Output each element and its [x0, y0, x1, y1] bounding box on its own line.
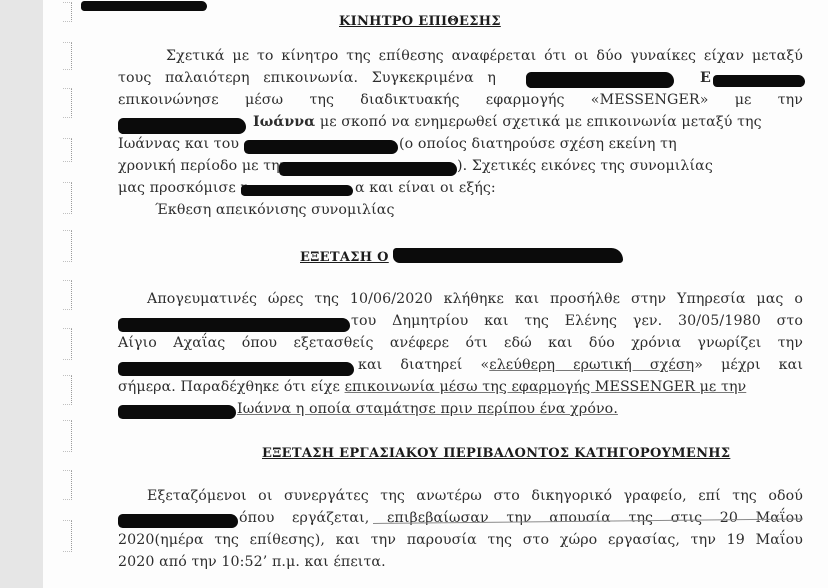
paragraph-line: Ιωάννας και του [118, 136, 239, 152]
paragraph-line: Απογευματινές ώρες της 10/06/2020 κλήθηκ… [147, 291, 803, 307]
redaction-bar [393, 248, 623, 263]
paragraph-line: α και είναι οι εξής: [355, 180, 496, 196]
paragraph-line: Σχετικά με το κίνητρο της επίθεσης αναφέ… [166, 48, 803, 64]
binder-mark [63, 88, 72, 118]
binder-mark [63, 328, 72, 360]
section-heading-motive: ΚΙΝΗΤΡΟ ΕΠΙΘΕΣΗΣ [339, 14, 501, 29]
text-span: και διατηρεί « [358, 357, 489, 373]
binder-mark [63, 182, 72, 214]
paragraph-line: Ιωάννα η οποία σταμάτησε πριν περίπου έν… [237, 401, 618, 417]
binder-mark [63, 280, 72, 310]
redaction-bar [241, 185, 353, 196]
binder-mark [63, 138, 72, 162]
redaction-bar [118, 318, 350, 332]
redaction-bar [81, 1, 207, 11]
underlined-quote: ελεύθερη ερωτική σχέση [489, 357, 694, 373]
binder-mark [63, 520, 72, 552]
binder-mark [63, 2, 72, 22]
paragraph-line: ). Σχετικές εικόνες της συνομιλίας [457, 158, 713, 174]
binder-mark [63, 375, 72, 405]
redaction-bar [118, 514, 238, 528]
paragraph-line: 2020 από την 10:52’ π.μ. και έπειτα. [118, 554, 386, 570]
paragraph-line: και διατηρεί «ελεύθερη ερωτική σχέση» μέ… [358, 357, 803, 373]
name-bold: Ιωάννα [253, 114, 315, 130]
binder-mark [63, 230, 72, 262]
binder-hole-marks [63, 0, 75, 588]
paragraph-line: μας προσκόμισε η [118, 180, 249, 196]
binder-mark [63, 42, 72, 70]
text-span: σήμερα. Παραδέχθηκε ότι είχε [118, 379, 345, 395]
paragraph-line: Εξεταζόμενοι οι συνεργάτες της ανωτέρω σ… [147, 488, 803, 504]
paragraph-line: Έκθεση απεικόνισης συνομιλίας [155, 202, 395, 218]
paragraph-line: 2020(ημέρα της επίθεσης), και την παρουσ… [118, 532, 803, 548]
paragraph-line: του Δημητρίου και της Ελένης γεν. 30/05/… [351, 313, 803, 329]
paragraph-line: (ο οποίος διατηρούσε σχέση εκείνη τη [399, 136, 677, 152]
paragraph-line: όπου εργάζεται, επιβεβαίωσαν την απουσία… [239, 510, 803, 526]
paragraph-line: Ιωάννα με σκοπό να ενημερωθεί σχετικά με… [253, 114, 762, 130]
section-heading-witness-exam: ΕΞΕΤΑΣΗ Ο [300, 250, 389, 265]
paragraph-line: επικοινώνησε μέσω της διαδικτυακής εφαρμ… [118, 92, 803, 108]
viewer-left-gutter [0, 0, 43, 588]
redaction-bar [118, 362, 354, 376]
underlined-text: επικοινωνία μέσω της εφαρμογής MESSENGER… [345, 379, 747, 395]
text-span: Ε [700, 70, 711, 86]
text-span: τους παλαιότερη επικοινωνία. Συγκεκριμέν… [118, 70, 496, 86]
redaction-bar [118, 405, 236, 419]
paragraph-line: χρονική περίοδο με την [118, 158, 289, 174]
redaction-bar [279, 162, 457, 176]
redaction-bar [526, 72, 674, 88]
section-heading-work-environment: ΕΞΕΤΑΣΗ ΕΡΓΑΣΙΑΚΟΥ ΠΕΡΙΒΑΛΟΝΤΟΣ ΚΑΤΗΓΟΡΟ… [262, 446, 730, 461]
redaction-bar [713, 75, 805, 87]
redaction-bar [118, 118, 246, 134]
paragraph-line: Αίγιο Αχαΐας όπου εξετασθείς ανέφερε ότι… [118, 335, 803, 351]
binder-mark [63, 420, 72, 452]
text-span: με σκοπό να ενημερωθεί σχετικά με επικοι… [315, 114, 761, 130]
text-span: » μέχρι και [694, 357, 803, 373]
scanned-document-page: ΚΙΝΗΤΡΟ ΕΠΙΘΕΣΗΣ Σχετικά με το κίνητρο τ… [43, 0, 828, 588]
redaction-bar [244, 140, 398, 154]
paragraph-line: σήμερα. Παραδέχθηκε ότι είχε επικοινωνία… [118, 379, 746, 395]
binder-mark [63, 470, 72, 500]
